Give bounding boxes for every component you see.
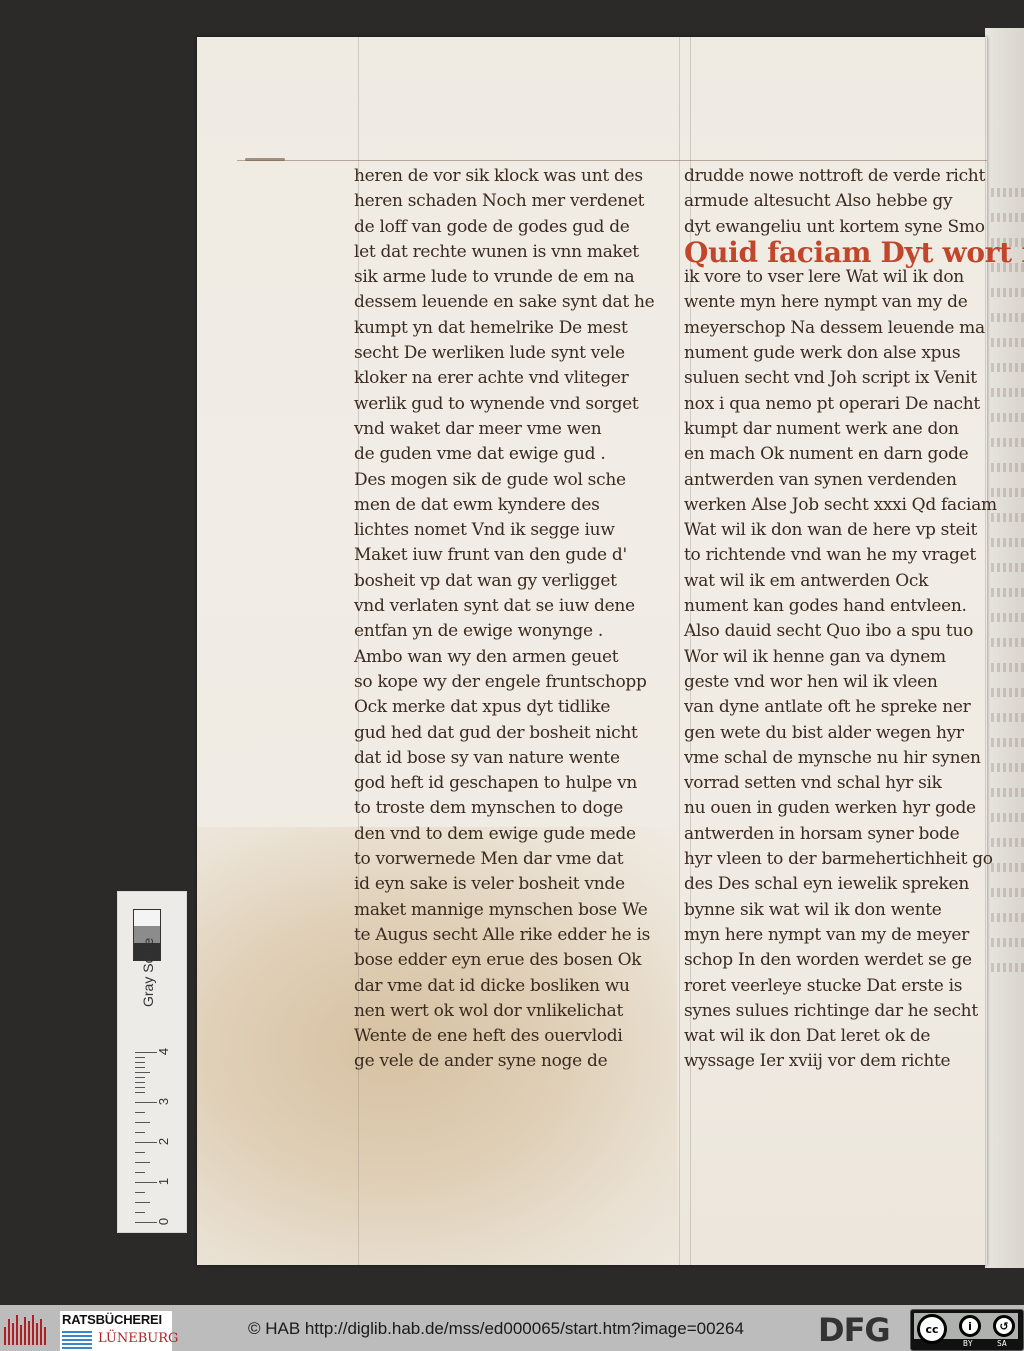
manuscript-page: heren de vor sik klock was unt des heren… — [197, 37, 987, 1265]
text-line: god heft id geschapen to hulpe vn — [354, 771, 674, 796]
text-line: to troste dem mynschen to doge — [354, 796, 674, 821]
dfg-logo[interactable]: DFG — [818, 1311, 890, 1349]
text-line: schop In den worden werdet se ge — [684, 948, 994, 973]
text-line: to richtende vnd wan he my vraget — [684, 543, 994, 568]
ruler-tick-1: 1 — [156, 1178, 171, 1185]
text-line: vnd waket dar meer vme wen — [354, 417, 674, 442]
text-line: wat wil ik em antwerden Ock — [684, 569, 994, 594]
text-line: vorrad setten vnd schal hyr sik — [684, 771, 994, 796]
text-line: myn here nympt van my de meyer — [684, 923, 994, 948]
text-line: wente myn here nympt van my de — [684, 290, 994, 315]
text-line: so kope wy der engele fruntschopp — [354, 670, 674, 695]
text-line: synes sulues richtinge dar he secht — [684, 999, 994, 1024]
text-line: gen wete du bist alder wegen hyr — [684, 721, 994, 746]
text-line: en mach Ok nument en darn gode — [684, 442, 994, 467]
ruler-tick-2: 2 — [156, 1138, 171, 1145]
text-column-right: drudde nowe nottroft de verde richt armu… — [684, 164, 994, 1075]
text-line: secht De werliken lude synt vele — [354, 341, 674, 366]
text-line: heren de vor sik klock was unt des — [354, 164, 674, 189]
cc-license-badge[interactable]: cc i ↺ BY SA — [910, 1309, 1024, 1351]
text-line: bosheit vp dat wan gy verligget — [354, 569, 674, 594]
text-line: werlik gud to wynende vnd sorget — [354, 392, 674, 417]
text-line: to vorwernede Men dar vme dat — [354, 847, 674, 872]
text-line: armude altesucht Also hebbe gy — [684, 189, 994, 214]
text-line: men de dat ewm kyndere des — [354, 493, 674, 518]
text-line: nu ouen in guden werken hyr gode — [684, 796, 994, 821]
library-city: LÜNEBURG — [98, 1331, 178, 1346]
text-line: de loff van gode de godes gud de — [354, 215, 674, 240]
text-column-left: heren de vor sik klock was unt des heren… — [354, 164, 674, 1075]
ruler-tick-4: 4 — [156, 1048, 171, 1055]
image-viewer: heren de vor sik klock was unt des heren… — [0, 0, 1024, 1305]
ruler-tick-3: 3 — [156, 1098, 171, 1105]
text-line: Ambo wan wy den armen geuet — [354, 645, 674, 670]
library-name: RATSBÜCHEREI — [62, 1312, 162, 1327]
text-line: wyssage Ier xviij vor dem richte — [684, 1049, 994, 1074]
rubricated-initial-line: Quid faciam Dyt wort neme — [684, 240, 994, 265]
text-line: Wat wil ik don wan de here vp steit — [684, 518, 994, 543]
by-label: BY — [963, 1339, 973, 1348]
footer-bar: RATSBÜCHEREI LÜNEBURG © HAB http://digli… — [0, 1305, 1024, 1351]
text-line: kumpt dar nument werk ane don — [684, 417, 994, 442]
text-line: roret veerleye stucke Dat erste is — [684, 974, 994, 999]
text-line: ge vele de ander syne noge de — [354, 1049, 674, 1074]
ratsbuecherei-logo[interactable]: RATSBÜCHEREI LÜNEBURG — [60, 1311, 172, 1351]
text-line: Wente de ene heft des ouervlodi — [354, 1024, 674, 1049]
share-alike-icon: ↺ — [993, 1315, 1015, 1337]
text-line: wat wil ik don Dat leret ok de — [684, 1024, 994, 1049]
text-line: sik arme lude to vrunde de em na — [354, 265, 674, 290]
text-line: Also dauid secht Quo ibo a spu tuo — [684, 619, 994, 644]
text-line: Des mogen sik de gude wol sche — [354, 468, 674, 493]
text-line: werken Alse Job secht xxxi Qd faciam — [684, 493, 994, 518]
gray-swatch-light — [133, 909, 161, 927]
text-line: lichtes nomet Vnd ik segge iuw — [354, 518, 674, 543]
text-line: nument kan godes hand entvleen. — [684, 594, 994, 619]
text-line: entfan yn de ewige wonynge . — [354, 619, 674, 644]
text-line: nument gude werk don alse xpus — [684, 341, 994, 366]
text-line: dar vme dat id dicke bosliken wu — [354, 974, 674, 999]
text-line: meyerschop Na dessem leuende ma — [684, 316, 994, 341]
text-line: dessem leuende en sake synt dat he — [354, 290, 674, 315]
text-line: vme schal de mynsche nu hir synen — [684, 746, 994, 771]
text-line: maket mannige mynschen bose We — [354, 898, 674, 923]
sa-label: SA — [997, 1339, 1007, 1348]
text-line: Wor wil ik henne gan va dynem — [684, 645, 994, 670]
text-line: de guden vme dat ewige gud . — [354, 442, 674, 467]
text-line: geste vnd wor hen wil ik vleen — [684, 670, 994, 695]
text-line: id eyn sake is veler bosheit vnde — [354, 872, 674, 897]
text-line: gud hed dat gud der bosheit nicht — [354, 721, 674, 746]
book-icon — [62, 1331, 92, 1349]
text-line: dat id bose sy van nature wente — [354, 746, 674, 771]
text-line: te Augus secht Alle rike edder he is — [354, 923, 674, 948]
text-line: vnd verlaten synt dat se iuw dene — [354, 594, 674, 619]
text-line: den vnd to dem ewige gude mede — [354, 822, 674, 847]
text-line: drudde nowe nottroft de verde richt — [684, 164, 994, 189]
ink-smudge — [245, 158, 285, 161]
top-ruling-line — [237, 160, 987, 161]
copyright-link[interactable]: © HAB http://diglib.hab.de/mss/ed000065/… — [248, 1319, 744, 1339]
text-line: suluen secht vnd Joh script ix Venit — [684, 366, 994, 391]
text-line: des Des schal eyn iewelik spreken — [684, 872, 994, 897]
library-barcode-icon — [4, 1315, 48, 1345]
cc-icon: cc — [917, 1314, 947, 1344]
text-line: hyr vleen to der barmehertichheit go — [684, 847, 994, 872]
text-line: let dat rechte wunen is vnn maket — [354, 240, 674, 265]
text-line: bose edder eyn erue des bosen Ok — [354, 948, 674, 973]
text-line: nox i qua nemo pt operari De nacht — [684, 392, 994, 417]
text-line: kumpt yn dat hemelrike De mest — [354, 316, 674, 341]
column-rule-middle-left — [679, 37, 680, 1265]
text-line: ik vore to vser lere Wat wil ik don — [684, 265, 994, 290]
attribution-icon: i — [959, 1315, 981, 1337]
text-line: kloker na erer achte vnd vliteger — [354, 366, 674, 391]
text-line: van dyne antlate oft he spreke ner — [684, 695, 994, 720]
ruler-label: Gray Scale — [140, 938, 156, 1007]
text-line: antwerden van synen verdenden — [684, 468, 994, 493]
text-line: nen wert ok wol dor vnlikelichat — [354, 999, 674, 1024]
ruler-tick-0: 0 — [156, 1218, 171, 1225]
text-line: Ock merke dat xpus dyt tidlike — [354, 695, 674, 720]
gray-scale-ruler: Gray Scale 0 1 2 3 4 — [117, 891, 187, 1233]
text-line: antwerden in horsam syner bode — [684, 822, 994, 847]
text-line: heren schaden Noch mer verdenet — [354, 189, 674, 214]
text-line: Maket iuw frunt van den gude d' — [354, 543, 674, 568]
text-line: bynne sik wat wil ik don wente — [684, 898, 994, 923]
